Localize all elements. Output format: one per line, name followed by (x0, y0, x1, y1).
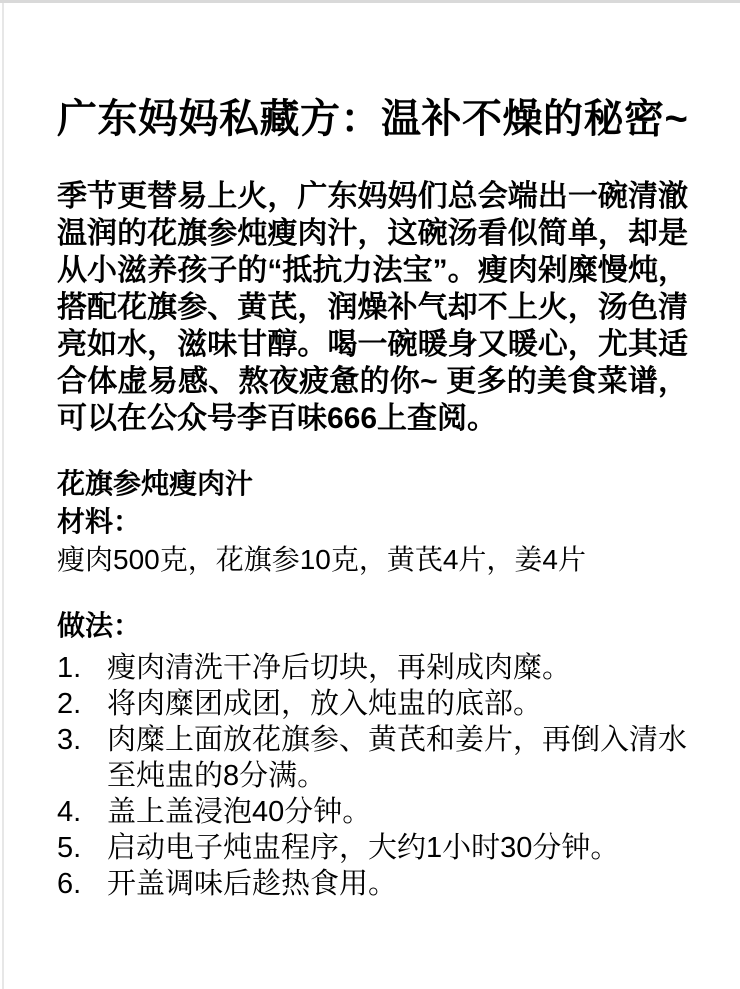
steps-list: 1.瘦肉清洗干净后切块，再剁成肉糜。2.将肉糜团成团，放入炖盅的底部。3.肉糜上… (57, 650, 688, 902)
step-number: 6. (57, 866, 107, 902)
step-number: 3. (57, 722, 107, 758)
steps-label: 做法： (57, 607, 688, 645)
article: 广东妈妈私藏方：温补不燥的秘密~ 季节更替易上火，广东妈妈们总会端出一碗清澈温润… (0, 0, 740, 902)
step-number: 1. (57, 650, 107, 686)
top-border-line (0, 0, 740, 3)
step-text: 瘦肉清洗干净后切块，再剁成肉糜。 (107, 650, 688, 686)
left-border-line (2, 3, 4, 989)
step-number: 2. (57, 686, 107, 722)
step-item: 5.启动电子炖盅程序，大约1小时30分钟。 (57, 830, 688, 866)
step-text: 肉糜上面放花旗参、黄芪和姜片，再倒入清水至炖盅的8分满。 (107, 722, 688, 794)
step-text: 盖上盖浸泡40分钟。 (107, 794, 688, 830)
ingredients-line: 瘦肉500克，花旗参10克，黄芪4片，姜4片 (57, 541, 688, 579)
step-item: 4.盖上盖浸泡40分钟。 (57, 794, 688, 830)
step-text: 启动电子炖盅程序，大约1小时30分钟。 (107, 830, 688, 866)
step-item: 3.肉糜上面放花旗参、黄芪和姜片，再倒入清水至炖盅的8分满。 (57, 722, 688, 794)
recipe-name: 花旗参炖瘦肉汁 (57, 465, 688, 503)
intro-paragraph: 季节更替易上火，广东妈妈们总会端出一碗清澈温润的花旗参炖瘦肉汁，这碗汤看似简单，… (57, 178, 688, 437)
step-text: 将肉糜团成团，放入炖盅的底部。 (107, 686, 688, 722)
step-text: 开盖调味后趁热食用。 (107, 866, 688, 902)
ingredients-label: 材料： (57, 503, 688, 541)
step-number: 5. (57, 830, 107, 866)
page-title: 广东妈妈私藏方：温补不燥的秘密~ (57, 96, 688, 142)
step-item: 1.瘦肉清洗干净后切块，再剁成肉糜。 (57, 650, 688, 686)
step-number: 4. (57, 794, 107, 830)
step-item: 2.将肉糜团成团，放入炖盅的底部。 (57, 686, 688, 722)
step-item: 6.开盖调味后趁热食用。 (57, 866, 688, 902)
